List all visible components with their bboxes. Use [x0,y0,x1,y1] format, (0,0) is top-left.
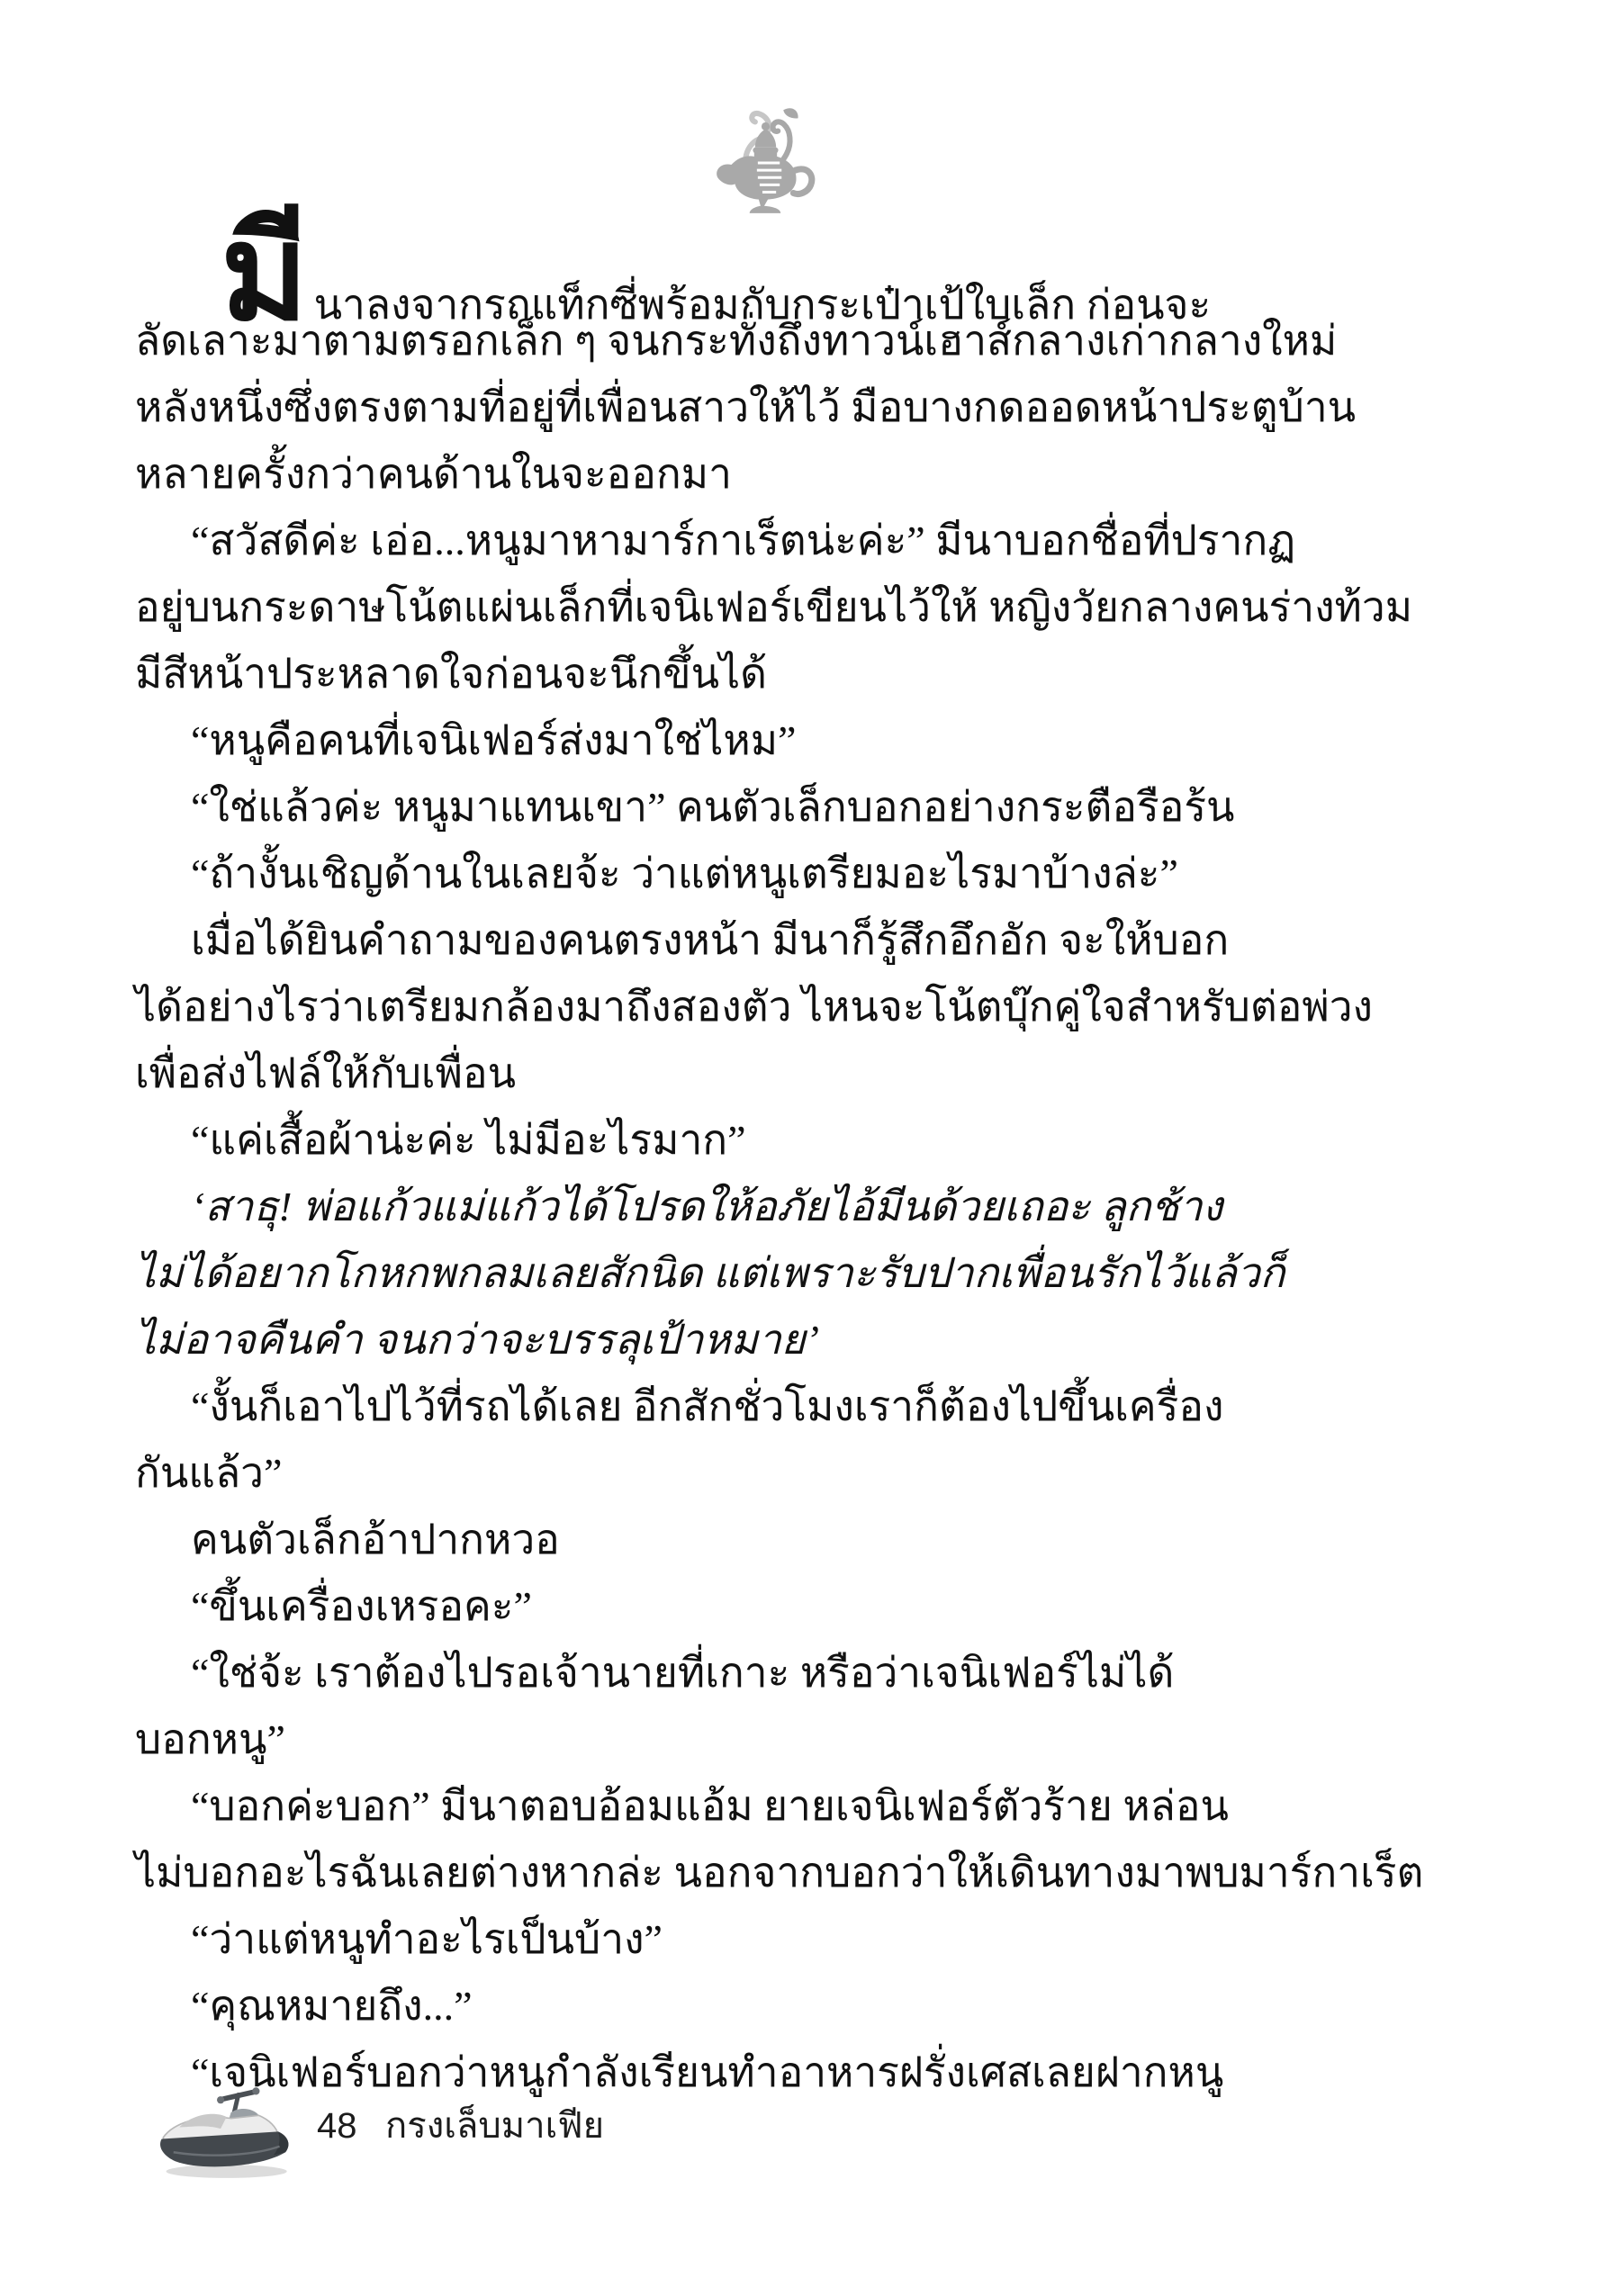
paragraph-line: ลัดเลาะมาตามตรอกเล็ก ๆ จนกระทั่งถึงทาวน์… [135,308,1491,374]
genie-lamp-icon [704,97,828,225]
paragraph-line: “ใช่จ้ะ เราต้องไปรอเจ้านายที่เกาะ หรือว่… [135,1640,1491,1706]
paragraph-line: “ถ้างั้นเชิญด้านในเลยจ้ะ ว่าแต่หนูเตรียม… [135,841,1491,907]
paragraph-line: กันแล้ว” [135,1440,1491,1507]
page-text: มี นาลงจากรถแท็กซี่พร้อมกับกระเป๋าเป้ใบเ… [135,241,1491,2106]
paragraph-line: “ว่าแต่หนูทำอะไรเป็นบ้าง” [135,1906,1491,1973]
paragraph-line: “ขึ้นเครื่องเหรอคะ” [135,1573,1491,1640]
paragraph-line: บอกหนู” [135,1706,1491,1773]
paragraph-line-italic: ‘สาธุ! พ่อแก้วแม่แก้วได้โปรดให้อภัยไอ้มี… [135,1174,1491,1240]
paragraph-line: ได้อย่างไรว่าเตรียมกล้องมาถึงสองตัว ไหนจ… [135,974,1491,1040]
paragraph-line: เพื่อส่งไฟล์ให้กับเพื่อน [135,1040,1491,1107]
paragraph-line: “ใช่แล้วค่ะ หนูมาแทนเขา” คนตัวเล็กบอกอย่… [135,774,1491,841]
paragraph-line: “คุณหมายถึง...” [135,1973,1491,2039]
page-number: 48 [317,2102,357,2149]
paragraph-line: “สวัสดีค่ะ เอ่อ...หนูมาหามาร์กาเร็ตน่ะค่… [135,508,1491,574]
paragraph-line: “บอกค่ะบอก” มีนาตอบอ้อมแอ้ม ยายเจนิเฟอร์… [135,1773,1491,1840]
paragraph-line-italic: ไม่ได้อยากโกหกพกลมเลยสักนิด แต่เพราะรับป… [135,1240,1491,1307]
paragraph-line: มี นาลงจากรถแท็กซี่พร้อมกับกระเป๋าเป้ใบเ… [135,241,1491,308]
book-page: มี นาลงจากรถแท็กซี่พร้อมกับกระเป๋าเป้ใบเ… [0,0,1605,2296]
paragraph-line: “งั้นก็เอาไปไว้ที่รถได้เลย อีกสักชั่วโมง… [135,1373,1491,1440]
paragraph-line: “หนูคือคนที่เจนิเฟอร์ส่งมาใช่ไหม” [135,707,1491,774]
paragraph-line: อยู่บนกระดาษโน้ตแผ่นเล็กที่เจนิเฟอร์เขีย… [135,574,1491,641]
paragraph-line: “เจนิเฟอร์บอกว่าหนูกำลังเรียนทำอาหารฝรั่… [135,2039,1491,2106]
drop-cap: มี [221,241,307,308]
paragraph-line: คนตัวเล็กอ้าปากหวอ [135,1507,1491,1573]
paragraph-line-italic: ไม่อาจคืนคำ จนกว่าจะบรรลุเป้าหมาย’ [135,1307,1491,1373]
paragraph-line: “แค่เสื้อผ้าน่ะค่ะ ไม่มีอะไรมาก” [135,1107,1491,1174]
paragraph-line: เมื่อได้ยินคำถามของคนตรงหน้า มีนาก็รู้สึ… [135,907,1491,974]
jetski-icon [144,2070,306,2196]
paragraph-line: หลังหนึ่งซึ่งตรงตามที่อยู่ที่เพื่อนสาวให… [135,374,1491,441]
paragraph-line: ไม่บอกอะไรฉันเลยต่างหากล่ะ นอกจากบอกว่าใ… [135,1840,1491,1906]
paragraph-line: มีสีหน้าประหลาดใจก่อนจะนึกขึ้นได้ [135,641,1491,707]
paragraph-line: หลายครั้งกว่าคนด้านในจะออกมา [135,441,1491,508]
book-title: กรงเล็บมาเฟีย [385,2102,604,2149]
